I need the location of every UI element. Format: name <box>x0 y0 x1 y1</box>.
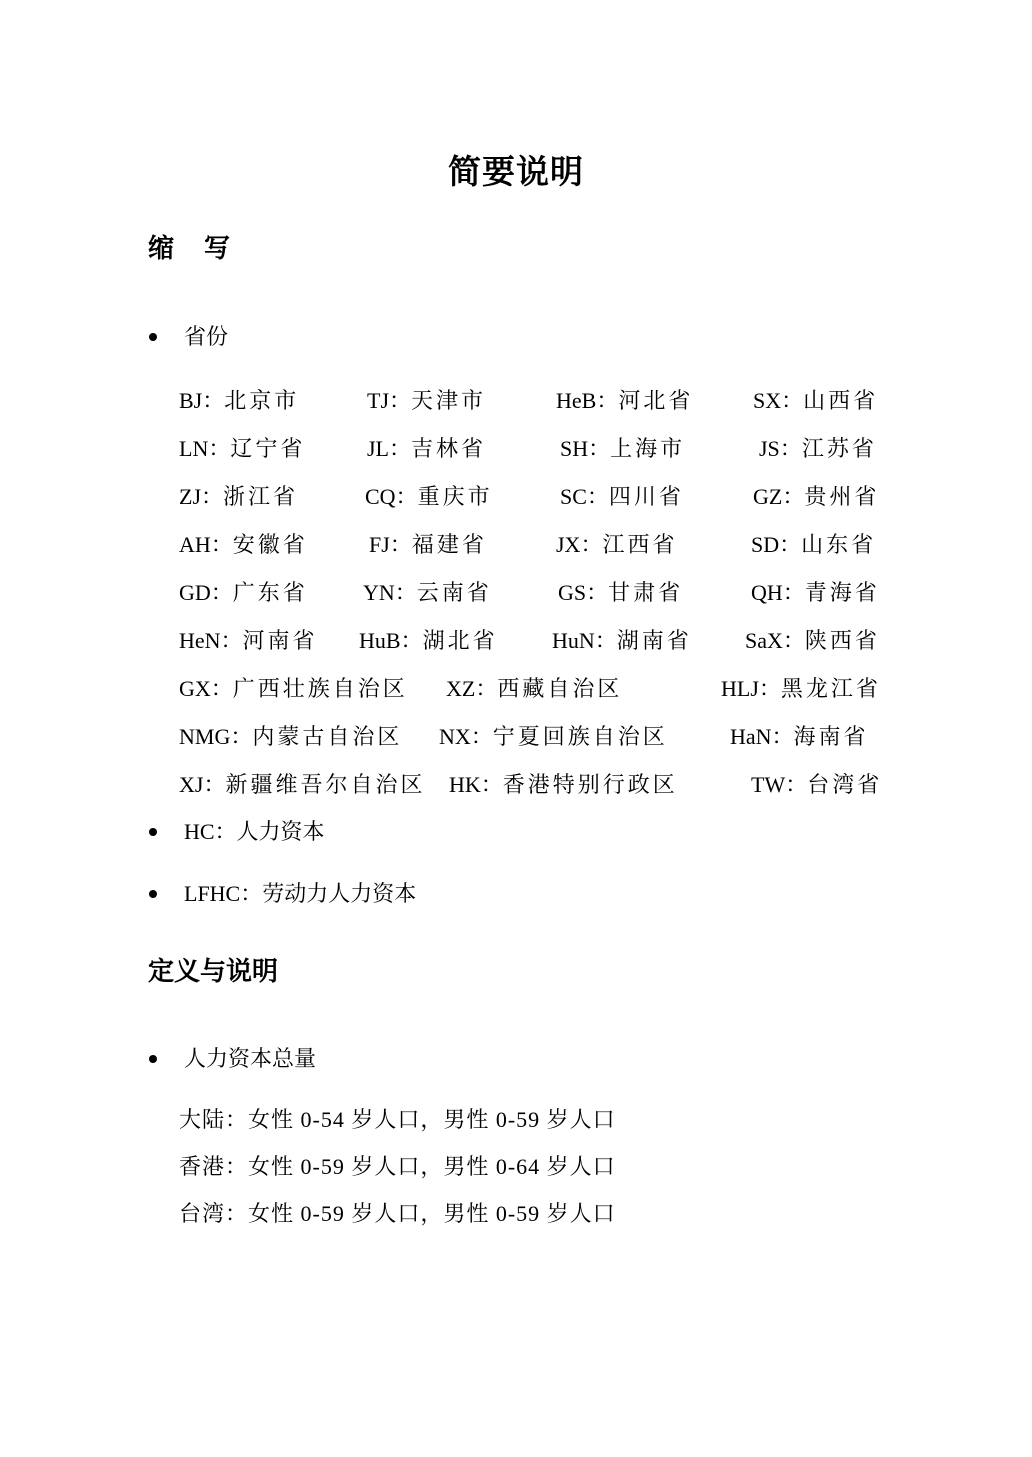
province-name: 福建省 <box>412 532 487 557</box>
definition-line-taiwan: 台湾：女性 0-59 岁人口，男性 0-59 岁人口 <box>179 1199 616 1246</box>
province-code: NMG： <box>179 724 252 749</box>
province-row: HeN：河南省HuB：湖北省HuN：湖南省SaX：陕西省 <box>179 626 885 674</box>
province-name: 上海市 <box>610 436 685 461</box>
section-heading-abbreviations: 缩写 <box>148 232 230 266</box>
province-name: 海南省 <box>794 724 869 749</box>
bullet-dot-icon <box>149 890 157 898</box>
province-entry: FJ：福建省 <box>369 530 487 560</box>
province-name: 台湾省 <box>807 772 882 797</box>
province-code: HaN： <box>730 724 794 749</box>
province-row: GD：广东省YN：云南省GS：甘肃省QH：青海省 <box>179 578 885 626</box>
province-entry: SaX：陕西省 <box>745 626 880 656</box>
province-code: NX： <box>439 724 493 749</box>
province-entry: GZ：贵州省 <box>753 482 879 512</box>
province-code: HLJ： <box>721 676 781 701</box>
province-name: 河北省 <box>618 388 693 413</box>
section-heading-definitions: 定义与说明 <box>148 955 278 989</box>
province-entry: HaN：海南省 <box>730 722 869 752</box>
bullet-provinces: 省份 <box>148 322 228 352</box>
province-code: SaX： <box>745 628 805 653</box>
bullet-dot-icon <box>149 828 157 836</box>
province-name: 贵州省 <box>804 484 879 509</box>
province-entry: CQ：重庆市 <box>365 482 493 512</box>
province-name: 浙江省 <box>223 484 298 509</box>
province-code: CQ： <box>365 484 418 509</box>
page-title: 简要说明 <box>0 150 1032 194</box>
province-code: JX： <box>556 532 602 557</box>
province-name: 新疆维吾尔自治区 <box>225 772 425 797</box>
province-code: TW： <box>751 772 807 797</box>
province-entry: NX：宁夏回族自治区 <box>439 722 668 752</box>
province-code: SH： <box>560 436 610 461</box>
province-abbreviation-table: BJ：北京市TJ：天津市HeB：河北省SX：山西省 LN：辽宁省JL：吉林省SH… <box>179 386 885 818</box>
heading-char-2: 写 <box>204 234 230 264</box>
province-code: XZ： <box>446 676 497 701</box>
province-entry: TJ：天津市 <box>367 386 486 416</box>
province-code: HeN： <box>179 628 243 653</box>
province-entry: XJ：新疆维吾尔自治区 <box>179 770 425 800</box>
province-entry: SH：上海市 <box>560 434 685 464</box>
province-name: 香港特别行政区 <box>503 772 678 797</box>
province-name: 江苏省 <box>802 436 877 461</box>
province-code: HuB： <box>359 628 423 653</box>
province-entry: SX：山西省 <box>753 386 878 416</box>
province-entry: NMG：内蒙古自治区 <box>179 722 402 752</box>
province-row: ZJ：浙江省CQ：重庆市SC：四川省GZ：贵州省 <box>179 482 885 530</box>
province-code: SD： <box>751 532 801 557</box>
province-name: 内蒙古自治区 <box>252 724 402 749</box>
province-name: 辽宁省 <box>230 436 305 461</box>
definition-line-mainland: 大陆：女性 0-54 岁人口，男性 0-59 岁人口 <box>179 1105 616 1152</box>
province-code: ZJ： <box>179 484 223 509</box>
province-code: JS： <box>759 436 802 461</box>
bullet-lfhc: LFHC：劳动力人力资本 <box>148 879 416 909</box>
province-name: 江西省 <box>602 532 677 557</box>
province-entry: JS：江苏省 <box>759 434 877 464</box>
province-code: GX： <box>179 676 233 701</box>
province-entry: HeB：河北省 <box>556 386 693 416</box>
province-name: 四川省 <box>609 484 684 509</box>
province-name: 甘肃省 <box>608 580 683 605</box>
definition-line-hongkong: 香港：女性 0-59 岁人口，男性 0-64 岁人口 <box>179 1152 616 1199</box>
province-row: GX：广西壮族自治区XZ：西藏自治区HLJ：黑龙江省 <box>179 674 885 722</box>
province-name: 黑龙江省 <box>781 676 881 701</box>
province-code: HeB： <box>556 388 618 413</box>
province-code: GS： <box>558 580 608 605</box>
province-row: LN：辽宁省JL：吉林省SH：上海市JS：江苏省 <box>179 434 885 482</box>
heading-char-1: 缩 <box>148 234 174 264</box>
province-entry: HK：香港特别行政区 <box>449 770 678 800</box>
province-name: 陕西省 <box>805 628 880 653</box>
province-name: 河南省 <box>243 628 318 653</box>
province-code: HK： <box>449 772 503 797</box>
province-name: 山西省 <box>803 388 878 413</box>
province-code: TJ： <box>367 388 411 413</box>
bullet-label: 省份 <box>184 322 228 352</box>
province-entry: QH：青海省 <box>751 578 880 608</box>
bullet-hc: HC：人力资本 <box>148 817 325 847</box>
province-entry: YN：云南省 <box>363 578 492 608</box>
province-name: 广东省 <box>233 580 308 605</box>
province-entry: AH：安徽省 <box>179 530 308 560</box>
province-entry: HLJ：黑龙江省 <box>721 674 881 704</box>
bullet-total-human-capital: 人力资本总量 <box>148 1044 316 1074</box>
province-name: 天津市 <box>411 388 486 413</box>
province-name: 重庆市 <box>418 484 493 509</box>
province-name: 西藏自治区 <box>497 676 622 701</box>
province-entry: HuB：湖北省 <box>359 626 498 656</box>
definition-lines: 大陆：女性 0-54 岁人口，男性 0-59 岁人口 香港：女性 0-59 岁人… <box>179 1105 616 1246</box>
bullet-dot-icon <box>149 1055 157 1063</box>
province-code: BJ： <box>179 388 224 413</box>
province-entry: ZJ：浙江省 <box>179 482 298 512</box>
province-row: XJ：新疆维吾尔自治区HK：香港特别行政区TW：台湾省 <box>179 770 885 818</box>
province-name: 湖南省 <box>617 628 692 653</box>
province-name: 安徽省 <box>233 532 308 557</box>
province-entry: BJ：北京市 <box>179 386 299 416</box>
province-code: GD： <box>179 580 233 605</box>
bullet-dot-icon <box>149 333 157 341</box>
province-code: FJ： <box>369 532 412 557</box>
province-row: BJ：北京市TJ：天津市HeB：河北省SX：山西省 <box>179 386 885 434</box>
province-code: HuN： <box>552 628 617 653</box>
province-name: 山东省 <box>801 532 876 557</box>
province-entry: JL：吉林省 <box>367 434 486 464</box>
province-row: NMG：内蒙古自治区NX：宁夏回族自治区HaN：海南省 <box>179 722 885 770</box>
province-name: 湖北省 <box>423 628 498 653</box>
province-row: AH：安徽省FJ：福建省JX：江西省SD：山东省 <box>179 530 885 578</box>
province-name: 吉林省 <box>411 436 486 461</box>
bullet-label: LFHC：劳动力人力资本 <box>184 879 416 909</box>
province-entry: SD：山东省 <box>751 530 876 560</box>
province-entry: LN：辽宁省 <box>179 434 305 464</box>
province-entry: XZ：西藏自治区 <box>446 674 622 704</box>
province-code: SC： <box>560 484 609 509</box>
province-entry: GX：广西壮族自治区 <box>179 674 408 704</box>
province-code: SX： <box>753 388 803 413</box>
province-entry: GD：广东省 <box>179 578 308 608</box>
province-code: AH： <box>179 532 233 557</box>
bullet-label: HC：人力资本 <box>184 817 325 847</box>
province-code: JL： <box>367 436 411 461</box>
province-code: GZ： <box>753 484 804 509</box>
province-code: QH： <box>751 580 805 605</box>
province-name: 北京市 <box>224 388 299 413</box>
province-name: 广西壮族自治区 <box>233 676 408 701</box>
province-name: 青海省 <box>805 580 880 605</box>
province-entry: TW：台湾省 <box>751 770 882 800</box>
province-name: 宁夏回族自治区 <box>493 724 668 749</box>
province-code: LN： <box>179 436 230 461</box>
province-entry: SC：四川省 <box>560 482 684 512</box>
province-name: 云南省 <box>417 580 492 605</box>
province-code: YN： <box>363 580 417 605</box>
province-entry: HuN：湖南省 <box>552 626 692 656</box>
province-entry: GS：甘肃省 <box>558 578 683 608</box>
bullet-label: 人力资本总量 <box>184 1044 316 1074</box>
province-entry: HeN：河南省 <box>179 626 318 656</box>
province-entry: JX：江西省 <box>556 530 677 560</box>
province-code: XJ： <box>179 772 225 797</box>
